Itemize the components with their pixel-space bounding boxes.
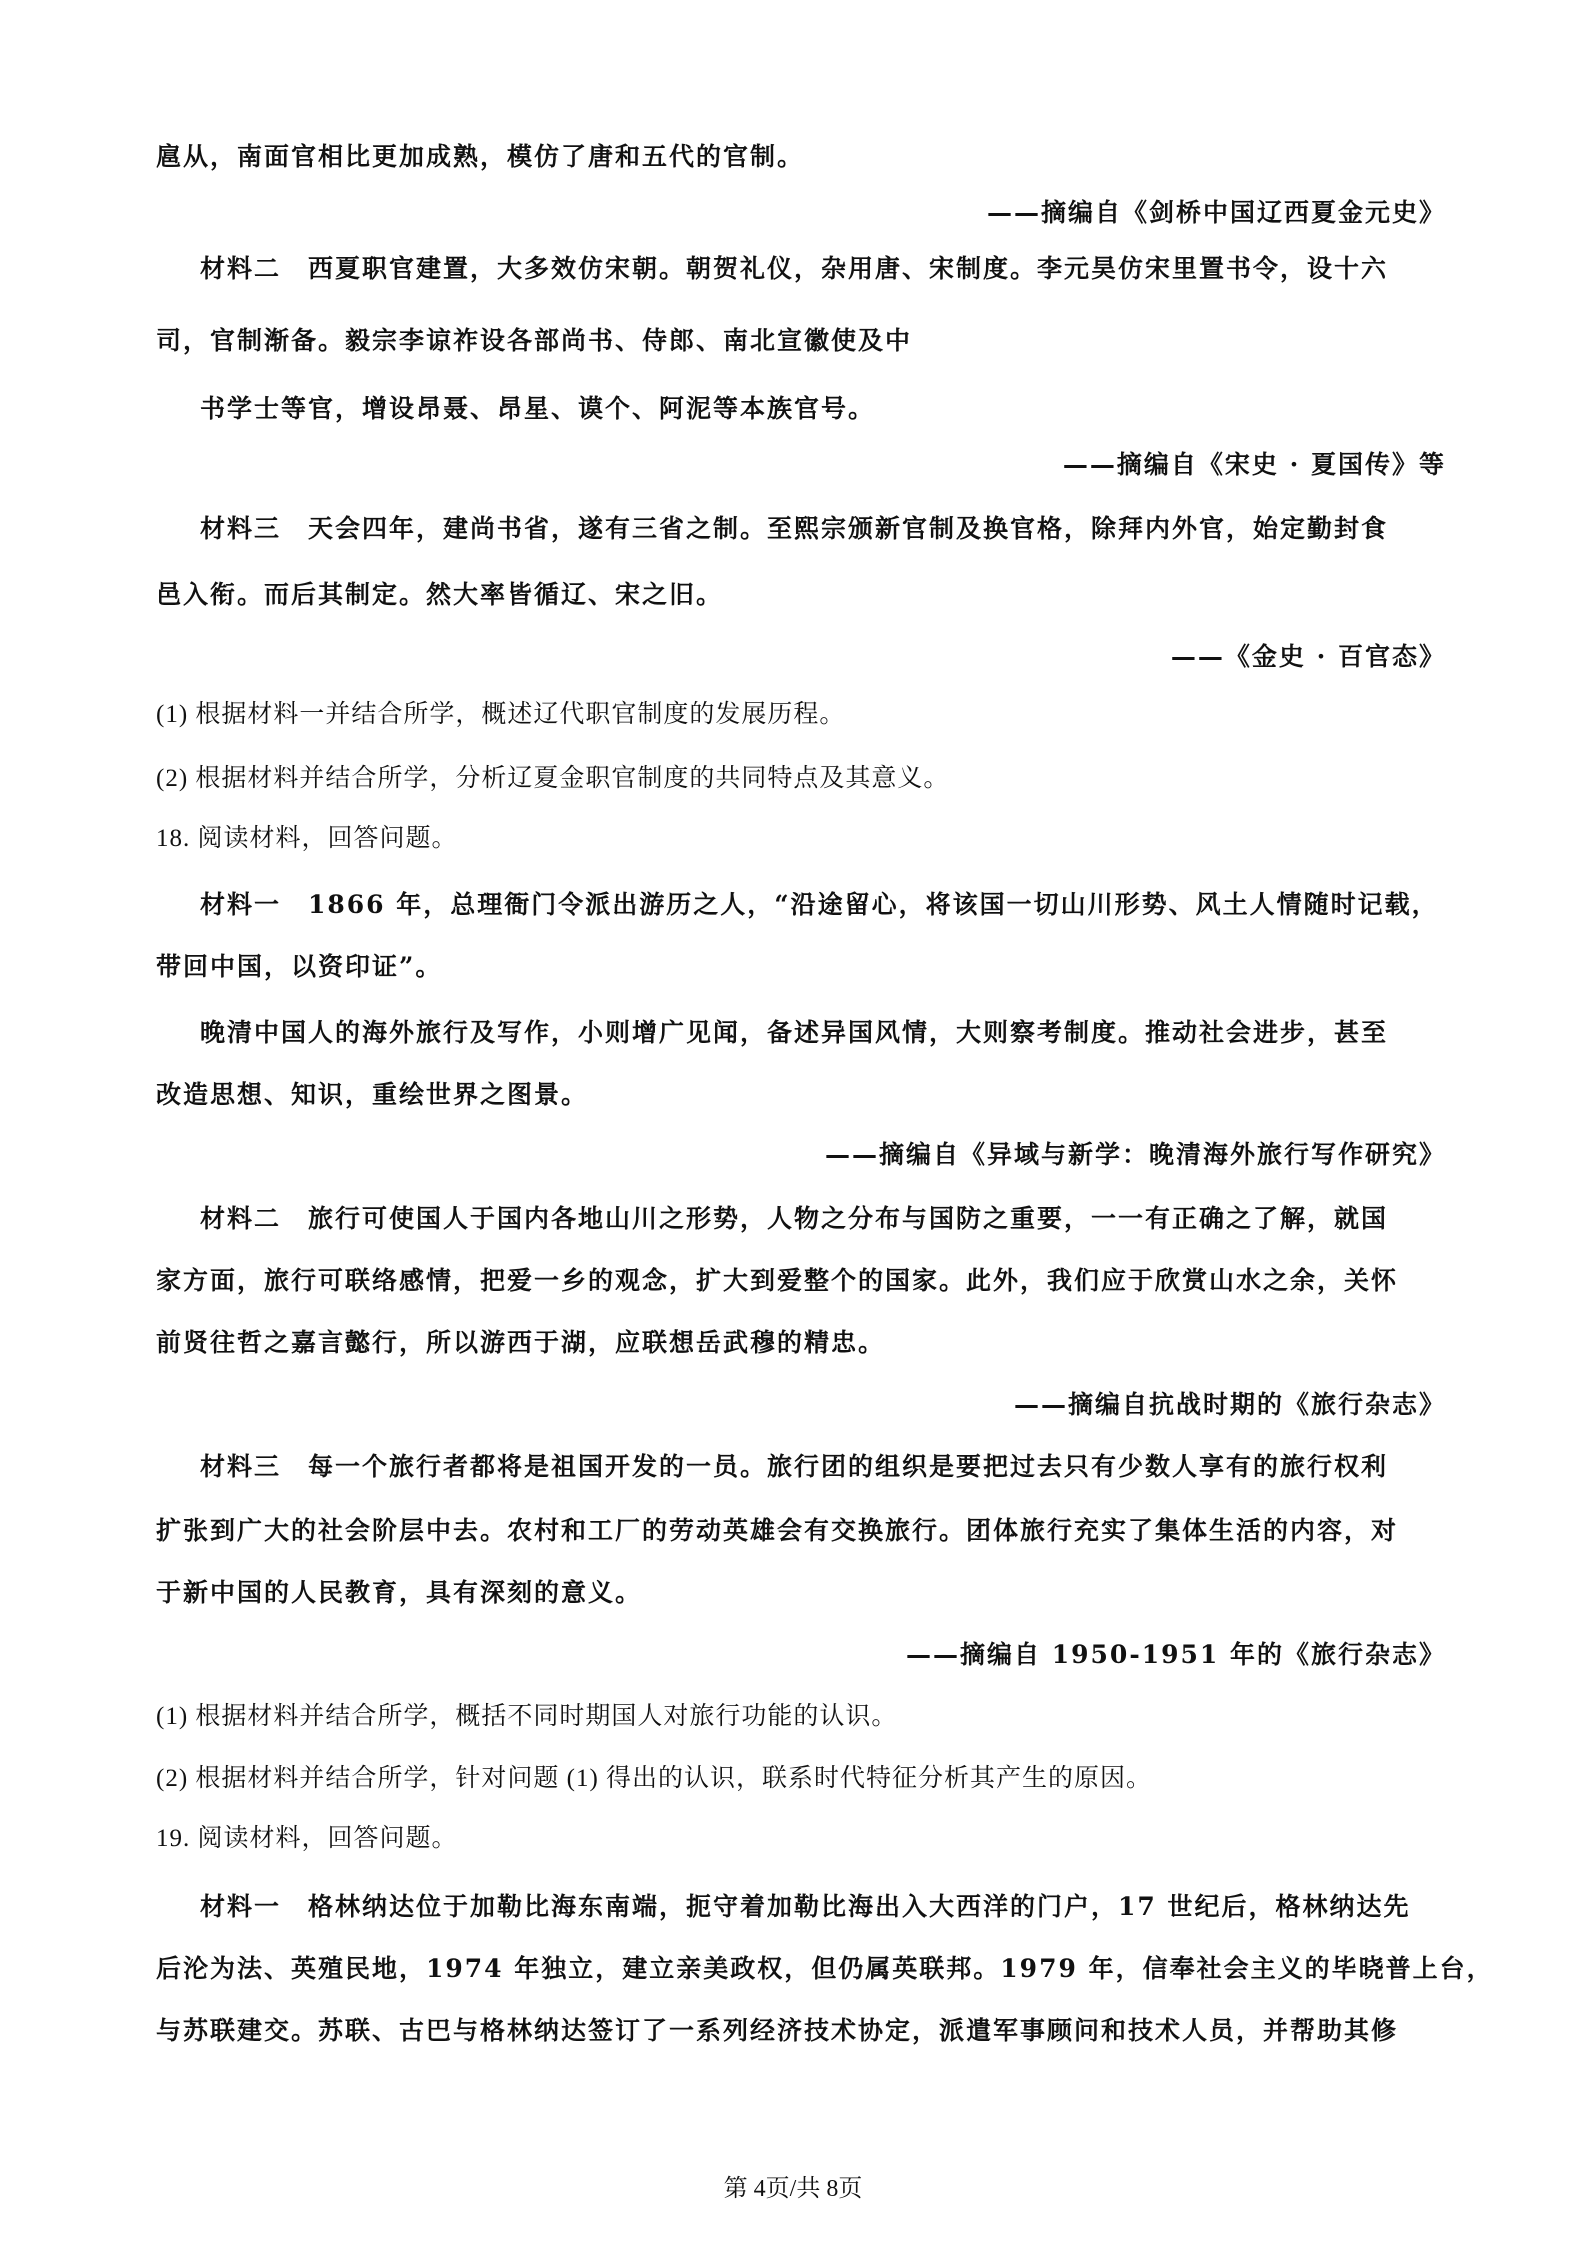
- q18-material3-source: ——摘编自 1950-1951 年的《旅行杂志》: [156, 1638, 1446, 1672]
- q19-material1-line2: 后沦为法、英殖民地，1974 年独立，建立亲美政权，但仍属英联邦。1979 年，…: [156, 1952, 1446, 1986]
- q18-material2-source: ——摘编自抗战时期的《旅行杂志》: [156, 1388, 1446, 1422]
- q18-material3-line1: 材料三 每一个旅行者都将是祖国开发的一员。旅行团的组织是要把过去只有少数人享有的…: [200, 1450, 1490, 1484]
- q18-material1-line2: 带回中国，以资印证”。: [156, 950, 1446, 984]
- q19-heading: 19. 阅读材料，回答问题。: [156, 1822, 1446, 1856]
- q19-material1-line1: 材料一 格林纳达位于加勒比海东南端，扼守着加勒比海出入大西洋的门户，17 世纪后…: [200, 1890, 1490, 1924]
- q18-material2-line3: 前贤往哲之嘉言懿行，所以游西于湖，应联想岳武穆的精忠。: [156, 1326, 1446, 1360]
- q18-question1: (1) 根据材料并结合所学，概括不同时期国人对旅行功能的认识。: [156, 1700, 1446, 1734]
- q18-material3-line3: 于新中国的人民教育，具有深刻的意义。: [156, 1576, 1446, 1610]
- q17-material3-line1: 材料三 天会四年，建尚书省，遂有三省之制。至熙宗颁新官制及换官格，除拜内外官，始…: [200, 512, 1490, 546]
- q17-material2-line3: 书学士等官，增设昂聂、昂星、谟个、阿泥等本族官号。: [200, 392, 1490, 426]
- q17-material1-source: ——摘编自《剑桥中国辽西夏金元史》: [156, 196, 1446, 230]
- q18-heading: 18. 阅读材料，回答问题。: [156, 822, 1446, 856]
- exam-page: 扈从，南面官相比更加成熟，模仿了唐和五代的官制。 ——摘编自《剑桥中国辽西夏金元…: [0, 0, 1586, 2244]
- q18-material1-line4: 改造思想、知识，重绘世界之图景。: [156, 1078, 1446, 1112]
- q18-material2-line2: 家方面，旅行可联络感情，把爱一乡的观念，扩大到爱整个的国家。此外，我们应于欣赏山…: [156, 1264, 1446, 1298]
- q17-material2-line1: 材料二 西夏职官建置，大多效仿宋朝。朝贺礼仪，杂用唐、宋制度。李元昊仿宋里置书令…: [200, 252, 1490, 286]
- q17-material2-line2: 司，官制渐备。毅宗李谅祚设各部尚书、侍郎、南北宣徽使及中: [156, 324, 1446, 358]
- q18-material3-line2: 扩张到广大的社会阶层中去。农村和工厂的劳动英雄会有交换旅行。团体旅行充实了集体生…: [156, 1514, 1446, 1548]
- q18-material1-line1: 材料一 1866 年，总理衙门令派出游历之人，“沿途留心，将该国一切山川形势、风…: [200, 888, 1490, 922]
- q17-material3-line2: 邑入衔。而后其制定。然大率皆循辽、宋之旧。: [156, 578, 1446, 612]
- q19-material1-line3: 与苏联建交。苏联、古巴与格林纳达签订了一系列经济技术协定，派遣军事顾问和技术人员…: [156, 2014, 1446, 2048]
- page-number: 第 4页/共 8页: [0, 2168, 1586, 2203]
- q18-material2-line1: 材料二 旅行可使国人于国内各地山川之形势，人物之分布与国防之重要，一一有正确之了…: [200, 1202, 1490, 1236]
- q18-material1-line3: 晚清中国人的海外旅行及写作，小则增广见闻，备述异国风情，大则察考制度。推动社会进…: [200, 1016, 1490, 1050]
- q17-material1-tail: 扈从，南面官相比更加成熟，模仿了唐和五代的官制。: [156, 140, 1446, 174]
- q17-question1: (1) 根据材料一并结合所学，概述辽代职官制度的发展历程。: [156, 698, 1446, 732]
- q18-question2: (2) 根据材料并结合所学，针对问题 (1) 得出的认识，联系时代特征分析其产生…: [156, 1762, 1446, 1796]
- q18-material1-source: ——摘编自《异域与新学：晚清海外旅行写作研究》: [156, 1138, 1446, 1172]
- q17-material3-source: ——《金史 · 百官态》: [156, 640, 1446, 674]
- q17-question2: (2) 根据材料并结合所学，分析辽夏金职官制度的共同特点及其意义。: [156, 762, 1446, 796]
- q17-material2-source: ——摘编自《宋史 · 夏国传》等: [156, 448, 1446, 482]
